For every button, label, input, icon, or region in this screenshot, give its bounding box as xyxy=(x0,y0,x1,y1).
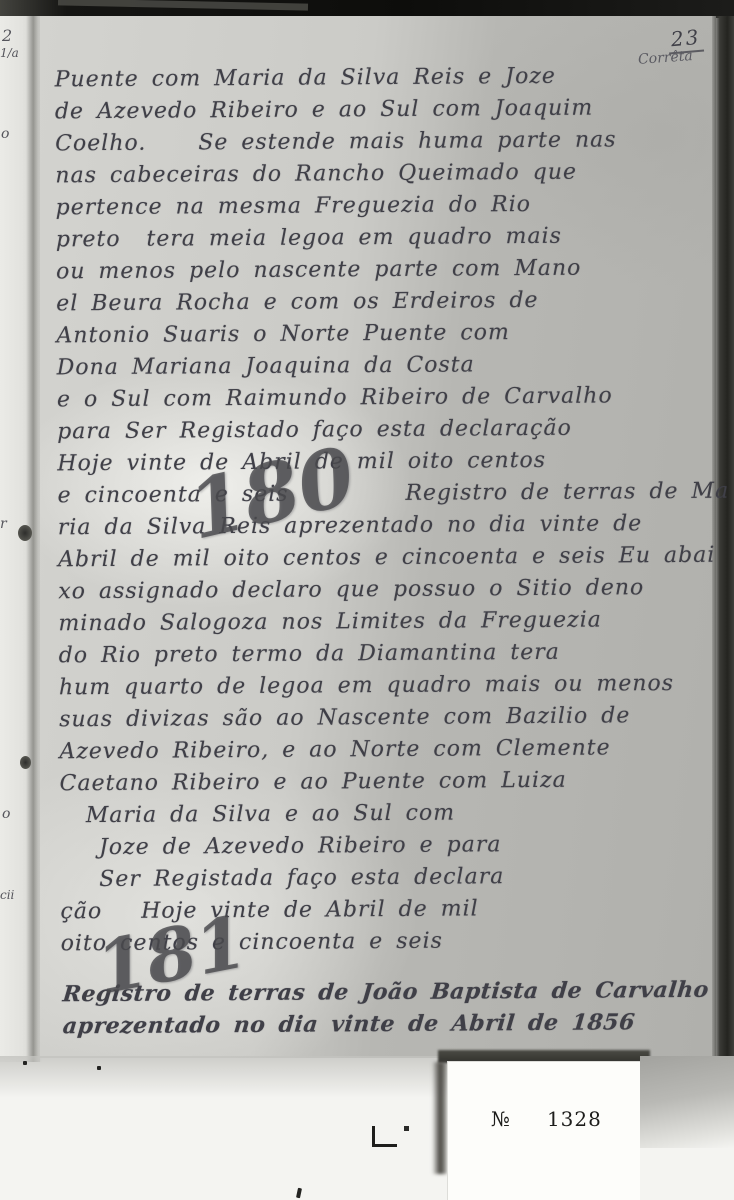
margin-fragment: o xyxy=(2,806,10,822)
manuscript-line: aprezentado no dia vinte de Abril de 185… xyxy=(61,1006,726,1043)
manuscript-line: hum quarto de legoa em quadro mais ou me… xyxy=(59,668,721,705)
margin-fragment: 2 xyxy=(2,26,12,45)
manuscript-line: de Azevedo Ribeiro e ao Sul com Joaquim xyxy=(55,92,717,129)
manuscript-line: Joze de Azevedo Ribeiro e para xyxy=(60,828,722,865)
margin-fragment: r xyxy=(0,516,7,532)
paper-speck xyxy=(23,1061,27,1065)
margin-fragment: o xyxy=(1,126,9,142)
ink-blot xyxy=(18,525,32,541)
manuscript-line: minado Salogoza nos Limites da Freguezia xyxy=(58,604,720,641)
registry-number: 1328 xyxy=(547,1107,602,1131)
manuscript-line: preto tera meia legoa em quadro mais xyxy=(56,220,718,257)
manuscript-line: Antonio Suaris o Norte Puente com xyxy=(56,316,718,353)
manuscript-line: Abril de mil oito centos e cincoenta e s… xyxy=(58,540,720,577)
manuscript-line: Dona Mariana Joaquina da Costa xyxy=(57,348,719,385)
scanned-document: 2 1/a o r o cii 23 Corrêta Puente com Ma… xyxy=(0,0,734,1200)
manuscript-line: Azevedo Ribeiro, e ao Norte com Clemente xyxy=(59,732,721,769)
manuscript-line: suas divizas são ao Nascente com Bazilio… xyxy=(59,700,721,737)
manuscript-line: Puente com Maria da Silva Reis e Joze xyxy=(55,60,717,97)
manuscript-line: e cincoenta e seis Registro de terras de… xyxy=(57,476,719,513)
manuscript-line: e o Sul com Raimundo Ribeiro de Carvalho xyxy=(57,380,719,417)
manuscript-line: Caetano Ribeiro e ao Puente com Luiza xyxy=(60,764,722,801)
manuscript-line: pertence na mesma Freguezia do Rio xyxy=(55,188,717,225)
manuscript-line: Coelho. Se estende mais huma parte nas xyxy=(55,124,717,161)
manuscript-line: para Ser Registado faço esta declaração xyxy=(57,412,719,449)
manuscript-line: xo assignado declaro que possuo o Sitio … xyxy=(58,572,720,609)
registry-number-card: № 1328 xyxy=(447,1061,640,1200)
card-left-shadow xyxy=(432,1062,447,1174)
numero-symbol: № xyxy=(491,1107,511,1131)
ink-blot xyxy=(20,756,31,769)
manuscript-line: do Rio preto termo da Diamantina tera xyxy=(59,636,721,673)
paper-speck xyxy=(296,1188,302,1199)
card-right-shading xyxy=(640,1056,734,1148)
manuscript-line: el Beura Rocha e com os Erdeiros de xyxy=(56,284,718,321)
margin-fragment: 1/a xyxy=(0,46,19,60)
crop-mark-dot xyxy=(404,1126,409,1131)
manuscript-line: Maria da Silva e ao Sul com xyxy=(60,796,722,833)
manuscript-line: nas cabeceiras do Rancho Queimado que xyxy=(55,156,717,193)
paper-speck xyxy=(97,1066,101,1070)
margin-fragment: cii xyxy=(0,888,14,902)
manuscript-text: Puente com Maria da Silva Reis e Joze de… xyxy=(55,60,724,1043)
corner-crop-mark xyxy=(372,1126,397,1147)
manuscript-line: ou menos pelo nascente parte com Mano xyxy=(56,252,718,289)
manuscript-line: Ser Registada faço esta declara xyxy=(60,860,722,897)
manuscript-line: ria da Silva Reis aprezentado no dia vin… xyxy=(58,508,720,545)
manuscript-line: Hoje vinte de Abril de mil oito centos xyxy=(57,444,719,481)
page-bottom-smudge xyxy=(0,1056,447,1098)
